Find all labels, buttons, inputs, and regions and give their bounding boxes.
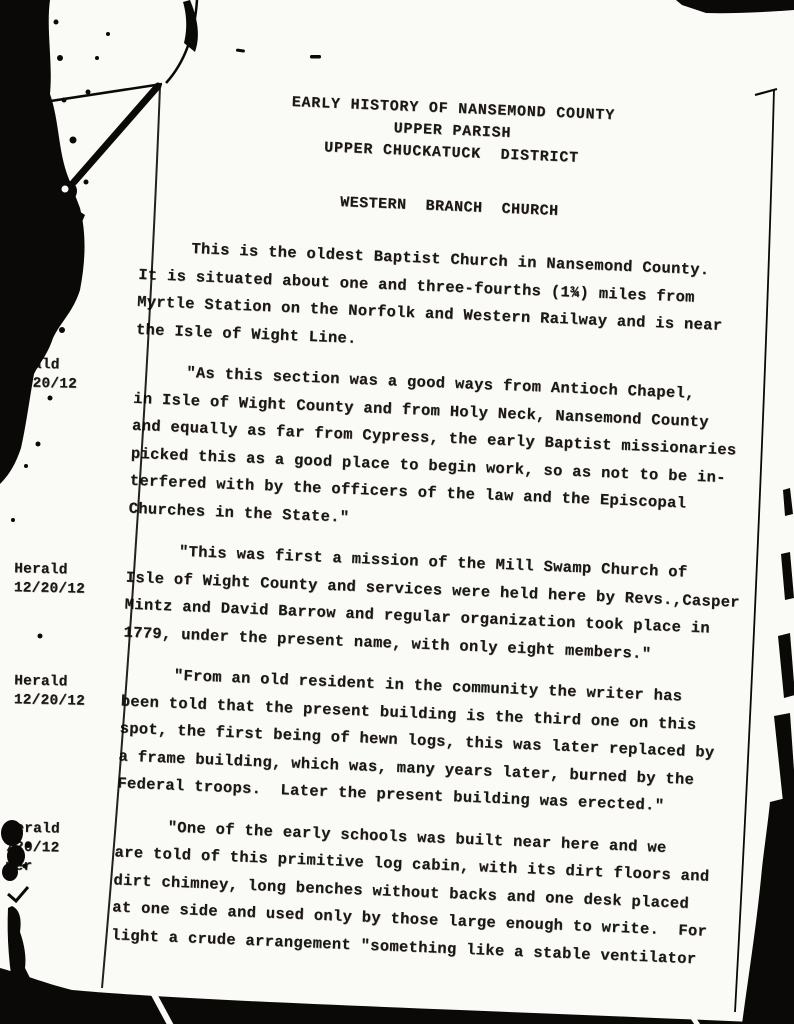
left-edge-blob bbox=[0, 0, 110, 639]
fold-crease-lines bbox=[18, 0, 321, 988]
bottom-scan-edge bbox=[0, 887, 794, 1024]
right-scan-edge bbox=[735, 89, 794, 1024]
scan-artifacts-overlay bbox=[0, 0, 794, 1024]
scanned-page: EARLY HISTORY OF NANSEMOND COUNTYUPPER P… bbox=[0, 0, 794, 1024]
ink-blot bbox=[1, 820, 31, 881]
top-right-scan-edge bbox=[676, 0, 794, 13]
